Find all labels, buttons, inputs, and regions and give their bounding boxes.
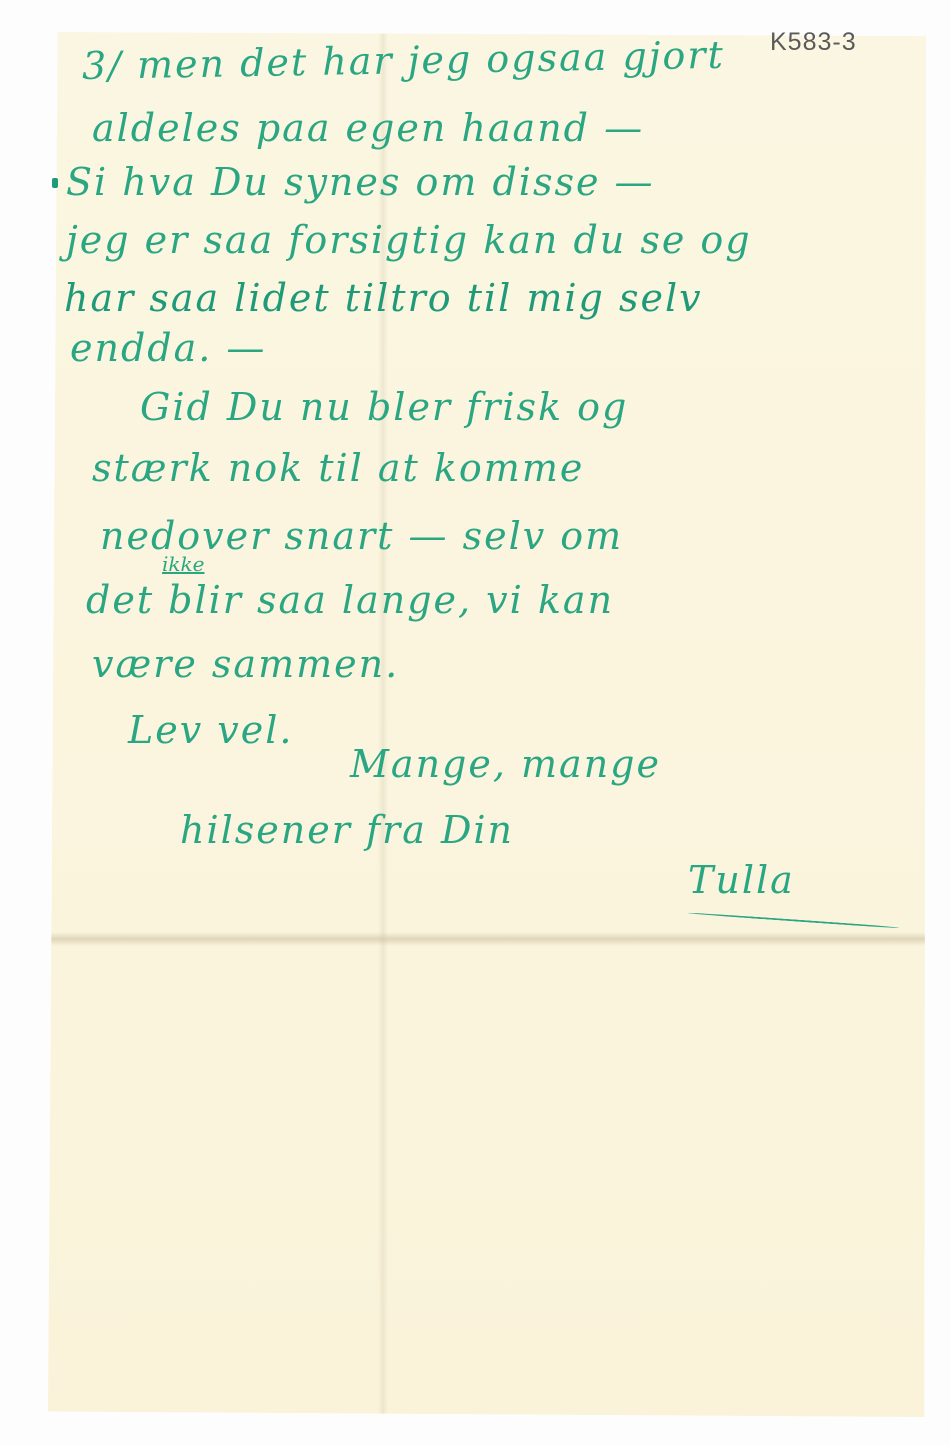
letter-line-6: endda. —	[70, 326, 266, 370]
closing-from: hilsener fra Din	[180, 808, 514, 852]
inserted-word-ikke: ikke	[162, 552, 204, 576]
signature: Tulla	[688, 858, 795, 902]
letter-line-4: jeg er saa forsigtig kan du se og	[66, 218, 752, 262]
horizontal-fold-crease	[48, 932, 926, 946]
closing-greeting: Mange, mange	[350, 742, 661, 786]
catalog-number: K583-3	[770, 28, 857, 57]
ink-margin-mark	[52, 178, 58, 188]
letter-line-11: være sammen.	[92, 642, 399, 686]
letter-line-10: det blir saa lange, vi kan	[86, 578, 614, 622]
letter-line-3: Si hva Du synes om disse —	[66, 160, 655, 204]
letter-line-5: har saa lidet tiltro til mig selv	[64, 276, 703, 320]
closing-farewell: Lev vel.	[128, 708, 293, 752]
letter-line-8: stærk nok til at komme	[92, 446, 584, 490]
letter-line-7: Gid Du nu bler frisk og	[140, 385, 628, 429]
letter-line-2: aldeles paa egen haand —	[92, 106, 644, 150]
